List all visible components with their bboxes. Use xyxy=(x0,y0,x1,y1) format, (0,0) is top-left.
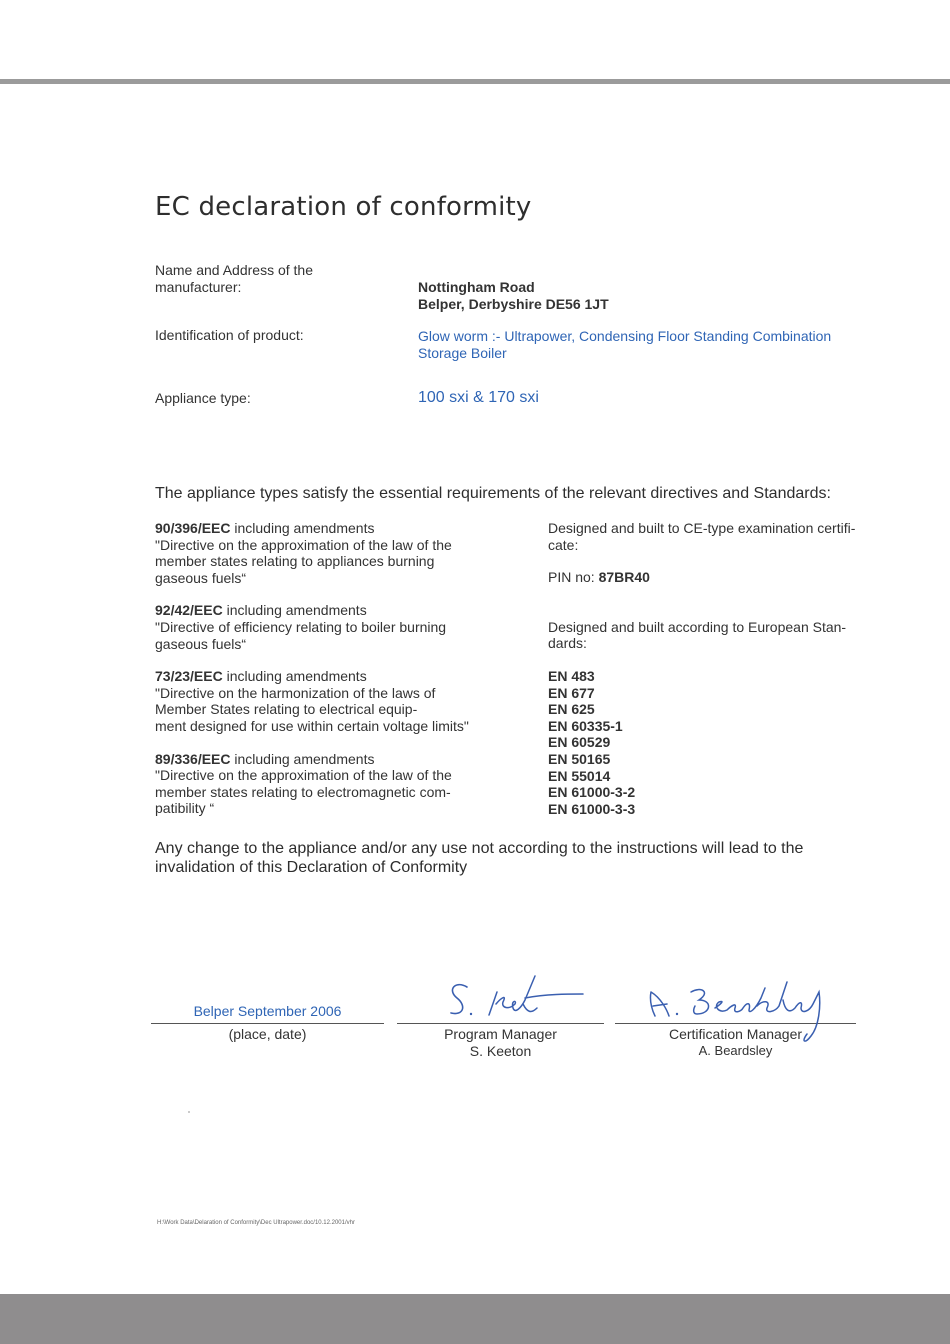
certification-column: Designed and built to CE-type examinatio… xyxy=(548,520,898,817)
manufacturer-label-line1: Name and Address of the xyxy=(155,262,313,279)
address-line1: Nottingham Road xyxy=(418,279,609,296)
page-title: EC declaration of conformity xyxy=(155,192,532,222)
certificate-text: Designed and built to CE-type examinatio… xyxy=(548,520,898,553)
directive-text: ment designed for use within certain vol… xyxy=(155,718,525,735)
product-value: Glow worm :- Ultrapower, Condensing Floo… xyxy=(418,328,831,362)
product-label: Identification of product: xyxy=(155,327,304,344)
directive-suffix: including amendments xyxy=(223,602,367,618)
standard-item: EN 61000-3-2 xyxy=(548,784,898,801)
directive-text: "Directive of efficiency relating to boi… xyxy=(155,619,525,636)
program-manager-block: Program Manager S. Keeton xyxy=(397,970,604,1059)
standard-item: EN 60529 xyxy=(548,734,898,751)
appliance-type-value: 100 sxi & 170 sxi xyxy=(418,389,539,406)
directive-code: 73/23/EEC xyxy=(155,668,223,684)
directive-suffix: including amendments xyxy=(231,751,375,767)
directive-item: 89/336/EEC including amendments "Directi… xyxy=(155,751,525,817)
standard-item: EN 55014 xyxy=(548,768,898,785)
directive-suffix: including amendments xyxy=(231,520,375,536)
place-date-area: Belper September 2006 xyxy=(151,970,384,1023)
requirements-intro: The appliance types satisfy the essentia… xyxy=(155,485,831,503)
signature-icon xyxy=(397,970,604,1023)
signature-line xyxy=(151,1023,384,1024)
standard-item: EN 677 xyxy=(548,685,898,702)
manufacturer-label: Name and Address of the manufacturer: xyxy=(155,262,313,296)
directive-text: "Directive on the harmonization of the l… xyxy=(155,685,525,702)
standard-item: EN 625 xyxy=(548,701,898,718)
scan-speck xyxy=(188,1111,190,1113)
notice-line2: invalidation of this Declaration of Conf… xyxy=(155,859,875,878)
manufacturer-address: Nottingham Road Belper, Derbyshire DE56 … xyxy=(418,279,609,313)
standard-item: EN 61000-3-3 xyxy=(548,801,898,818)
directives-list: 90/396/EEC including amendments "Directi… xyxy=(155,520,525,833)
product-value-line1: Glow worm :- Ultrapower, Condensing Floo… xyxy=(418,328,831,345)
program-manager-role: Program Manager xyxy=(397,1026,604,1043)
directive-text: Member States relating to electrical equ… xyxy=(155,701,525,718)
file-path-footer: H:\Work Data\Delaration of Conformity\De… xyxy=(157,1220,355,1226)
program-manager-name: S. Keeton xyxy=(397,1043,604,1060)
address-line2: Belper, Derbyshire DE56 1JT xyxy=(418,296,609,313)
notice-line1: Any change to the appliance and/or any u… xyxy=(155,840,875,859)
appliance-type-label: Appliance type: xyxy=(155,390,251,407)
standards-intro: Designed and built according to European… xyxy=(548,619,898,652)
directive-text: "Directive on the approximation of the l… xyxy=(155,767,525,784)
directive-suffix: including amendments xyxy=(223,668,367,684)
directive-item: 73/23/EEC including amendments "Directiv… xyxy=(155,668,525,734)
standards-line2: dards: xyxy=(548,635,898,652)
directive-text: gaseous fuels“ xyxy=(155,636,525,653)
place-date-caption: (place, date) xyxy=(151,1026,384,1043)
pin-value: 87BR40 xyxy=(599,569,650,585)
certificate-line2: cate: xyxy=(548,537,898,554)
directive-item: 92/42/EEC including amendments "Directiv… xyxy=(155,602,525,652)
directive-item: 90/396/EEC including amendments "Directi… xyxy=(155,520,525,586)
pin-number: PIN no: 87BR40 xyxy=(548,569,898,586)
certificate-line1: Designed and built to CE-type examinatio… xyxy=(548,520,898,537)
directive-code: 89/336/EEC xyxy=(155,751,231,767)
manufacturer-label-line2: manufacturer: xyxy=(155,279,313,296)
place-date-block: Belper September 2006 (place, date) xyxy=(151,970,384,1043)
product-value-line2: Storage Boiler xyxy=(418,345,831,362)
standard-item: EN 60335-1 xyxy=(548,718,898,735)
directive-text: patibility “ xyxy=(155,800,525,817)
directive-text: gaseous fuels“ xyxy=(155,570,525,587)
pin-label: PIN no: xyxy=(548,569,599,585)
signature-line xyxy=(397,1023,604,1024)
invalidation-notice: Any change to the appliance and/or any u… xyxy=(155,840,875,877)
program-manager-signature xyxy=(397,970,604,1023)
bottom-band xyxy=(0,1294,950,1344)
standards-list: EN 483 EN 677 EN 625 EN 60335-1 EN 60529… xyxy=(548,668,898,817)
directive-code: 90/396/EEC xyxy=(155,520,231,536)
directive-text: member states relating to electromagneti… xyxy=(155,784,525,801)
directive-text: member states relating to appliances bur… xyxy=(155,553,525,570)
standard-item: EN 483 xyxy=(548,668,898,685)
standards-line1: Designed and built according to European… xyxy=(548,619,898,636)
directive-text: "Directive on the approximation of the l… xyxy=(155,537,525,554)
certification-manager-block: Certification Manager A. Beardsley xyxy=(615,970,856,1059)
directive-code: 92/42/EEC xyxy=(155,602,223,618)
certification-manager-signature xyxy=(615,970,856,1023)
place-date-value: Belper September 2006 xyxy=(151,1003,384,1020)
top-rule xyxy=(0,79,950,84)
standard-item: EN 50165 xyxy=(548,751,898,768)
signature-icon xyxy=(615,970,856,1045)
